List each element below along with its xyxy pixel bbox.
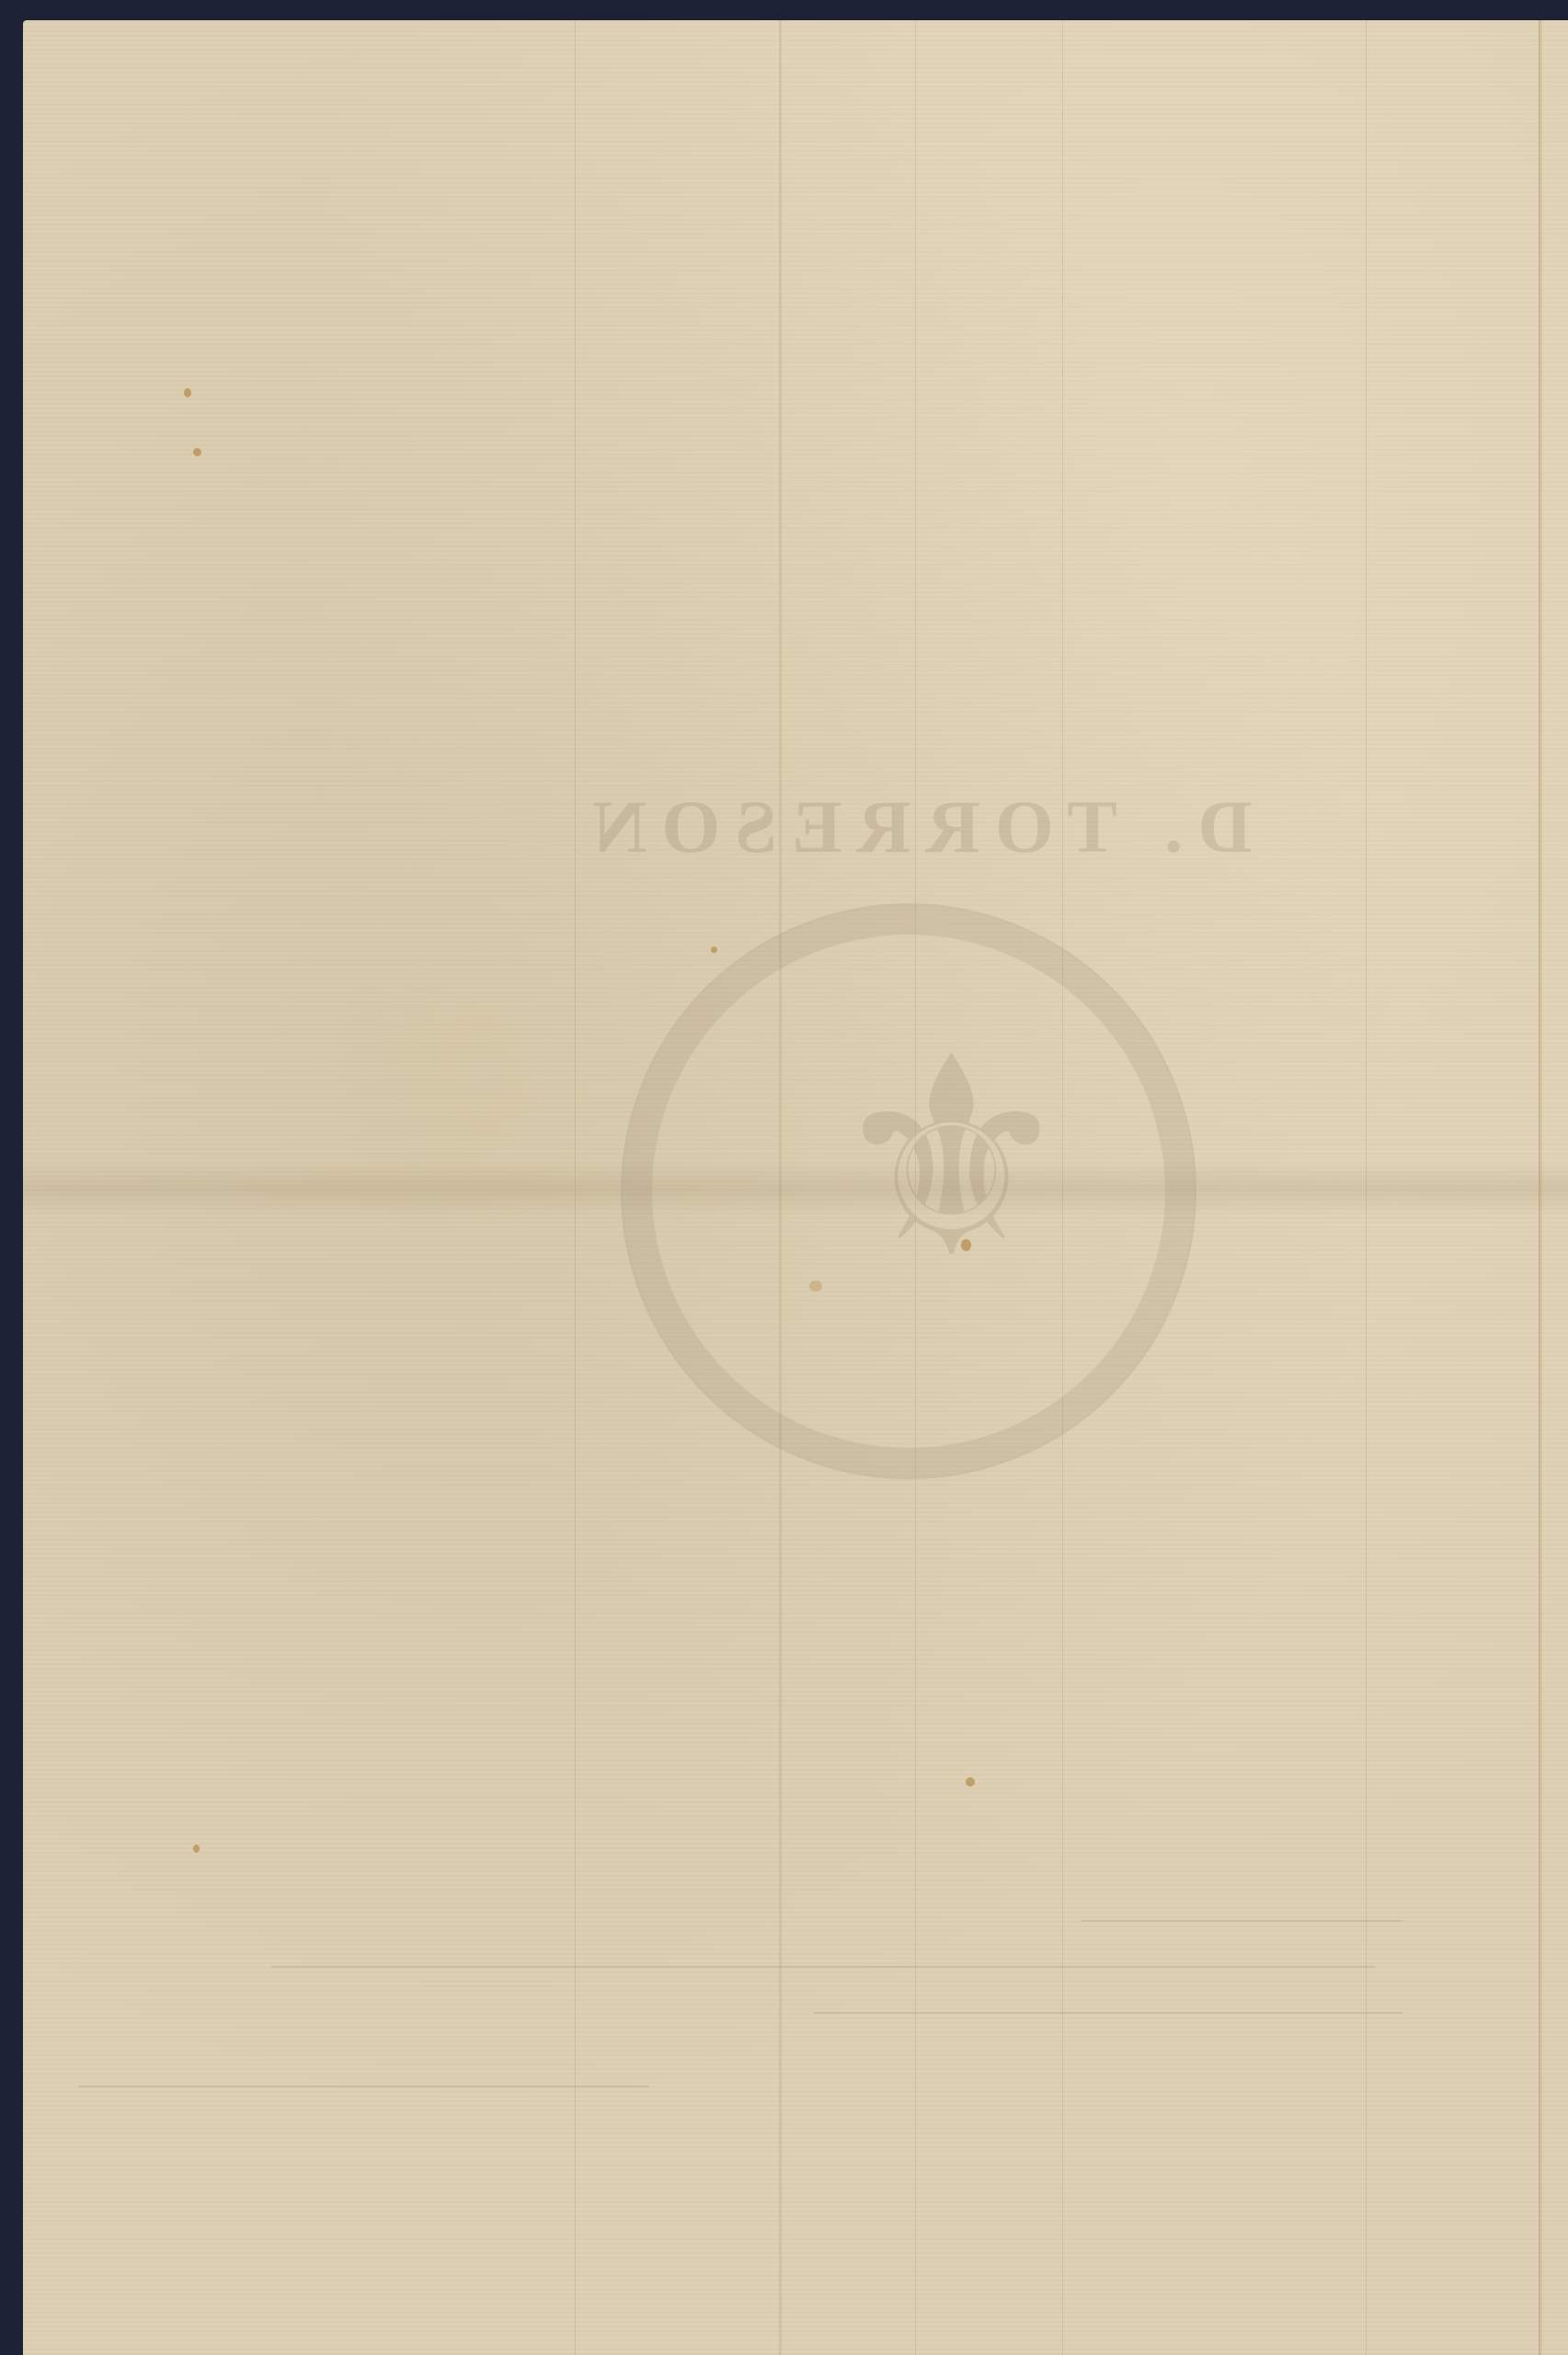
show-through-writing — [271, 1966, 1375, 1968]
foxing-spot — [966, 1777, 975, 1786]
paper-sheet: D. TORRESON ⚜ — [23, 20, 1568, 2355]
foxing-spot — [711, 947, 717, 953]
foxing-spot — [184, 388, 191, 397]
show-through-writing — [814, 2012, 1402, 2014]
foxing-spot — [193, 1844, 200, 1853]
show-through-writing — [1081, 1920, 1402, 1922]
foxing-spot — [961, 1239, 971, 1251]
foxing-spot — [193, 448, 201, 456]
watermark-text: D. TORRESON — [538, 784, 1292, 870]
show-through-writing — [78, 2085, 648, 2087]
foxing-spot — [809, 1281, 822, 1292]
fleur-de-lis-icon: ⚜ — [828, 977, 984, 1345]
